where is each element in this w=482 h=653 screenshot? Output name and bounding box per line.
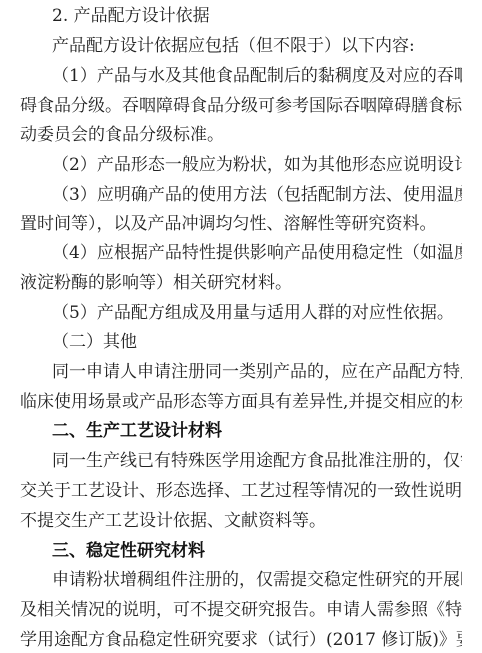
paragraph-line: 及相关情况的说明，可不提交研究报告。申请人需参照《特殊医 xyxy=(20,595,462,625)
paragraph-line: 液淀粉酶的影响等）相关研究材料。 xyxy=(20,268,462,298)
paragraph-line: 交关于工艺设计、形态选择、工艺过程等情况的一致性说明，可 xyxy=(20,476,462,506)
paragraph-line: 同一生产线已有特殊医学用途配方食品批准注册的，仅需提 xyxy=(52,446,462,476)
document-page: 2. 产品配方设计依据 产品配方设计依据应包括（但不限于）以下内容: （1）产品… xyxy=(0,0,482,653)
paragraph-line: 申请粉状增稠组件注册的，仅需提交稳定性研究的开展时间 xyxy=(52,565,462,595)
paragraph-line: （3）应明确产品的使用方法（包括配制方法、使用温度、放 xyxy=(52,180,462,210)
paragraph-line: 临床使用场景或产品形态等方面具有差异性,并提交相应的材料。 xyxy=(20,387,462,417)
paragraph-line: 动委员会的食品分级标准。 xyxy=(20,120,462,150)
paragraph-line: 产品配方设计依据应包括（但不限于）以下内容: xyxy=(52,31,462,61)
paragraph-line: （4）应根据产品特性提供影响产品使用稳定性（如温度、唾 xyxy=(52,238,462,268)
section-heading-stability-study: 三、稳定性研究材料 xyxy=(52,536,462,566)
paragraph-line: （2）产品形态一般应为粉状，如为其他形态应说明设计依据。 xyxy=(52,150,462,180)
subheading-other: （二）其他 xyxy=(52,327,462,357)
section-heading-production-process: 二、生产工艺设计材料 xyxy=(52,416,462,446)
paragraph-line: 不提交生产工艺设计依据、文献资料等。 xyxy=(20,506,462,536)
paragraph-line: 碍食品分级。吞咽障碍食品分级可参考国际吞咽障碍膳食标准行 xyxy=(20,91,462,121)
subheading-formula-design-basis: 2. 产品配方设计依据 xyxy=(52,1,462,31)
paragraph-line: 置时间等），以及产品冲调均匀性、溶解性等研究资料。 xyxy=(20,209,462,239)
paragraph-line: （5）产品配方组成及用量与适用人群的对应性依据。 xyxy=(52,298,462,328)
paragraph-line: 学用途配方食品稳定性研究要求（试行）(2017 修订版)》要求组 xyxy=(20,625,462,653)
paragraph-line: （1）产品与水及其他食品配制后的黏稠度及对应的吞咽障 xyxy=(52,61,462,91)
paragraph-line: 同一申请人申请注册同一类别产品的，应在产品配方特点、 xyxy=(52,357,462,387)
